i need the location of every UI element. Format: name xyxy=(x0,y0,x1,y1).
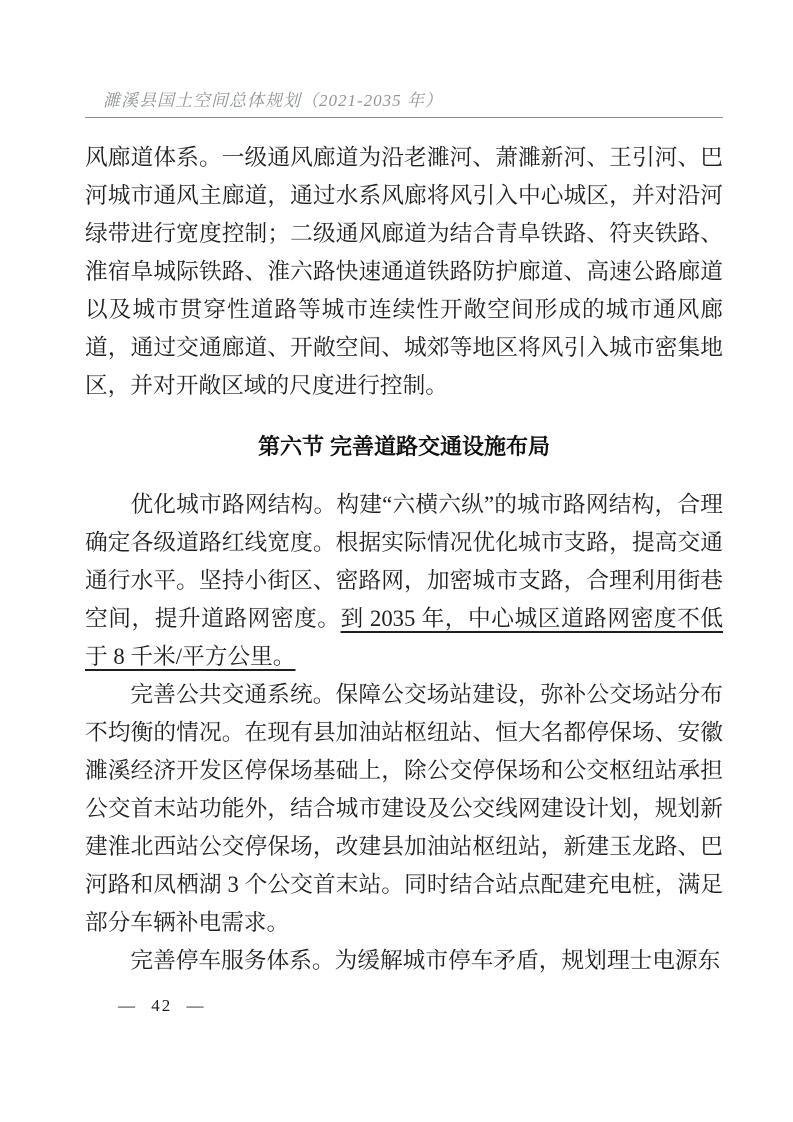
paragraph-parking-services: 完善停车服务体系。为缓解城市停车矛盾，规划理士电源东 xyxy=(85,942,723,980)
paragraph-ventilation-corridors: 风廊道体系。一级通风廊道为沿老濉河、萧濉新河、王引河、巴河城市通风主廊道，通过水… xyxy=(85,139,723,405)
running-header-title: 濉溪县国土空间总体规划（2021-2035 年） xyxy=(103,86,723,111)
section-heading-6: 第六节 完善道路交通设施布局 xyxy=(85,428,723,466)
paragraph-public-transport: 完善公共交通系统。保障公交场站建设，弥补公交场站分布不均衡的情况。在现有县加油站… xyxy=(85,676,723,942)
document-page: 濉溪县国土空间总体规划（2021-2035 年） 风廊道体系。一级通风廊道为沿老… xyxy=(0,0,793,1122)
page-body: 风廊道体系。一级通风廊道为沿老濉河、萧濉新河、王引河、巴河城市通风主廊道，通过水… xyxy=(85,139,723,980)
paragraph-road-network: 优化城市路网结构。构建“六横六纵”的城市路网结构，合理确定各级道路红线宽度。根据… xyxy=(85,486,723,676)
header-rule-line xyxy=(85,117,723,118)
page-number: — 42 — xyxy=(118,996,206,1016)
